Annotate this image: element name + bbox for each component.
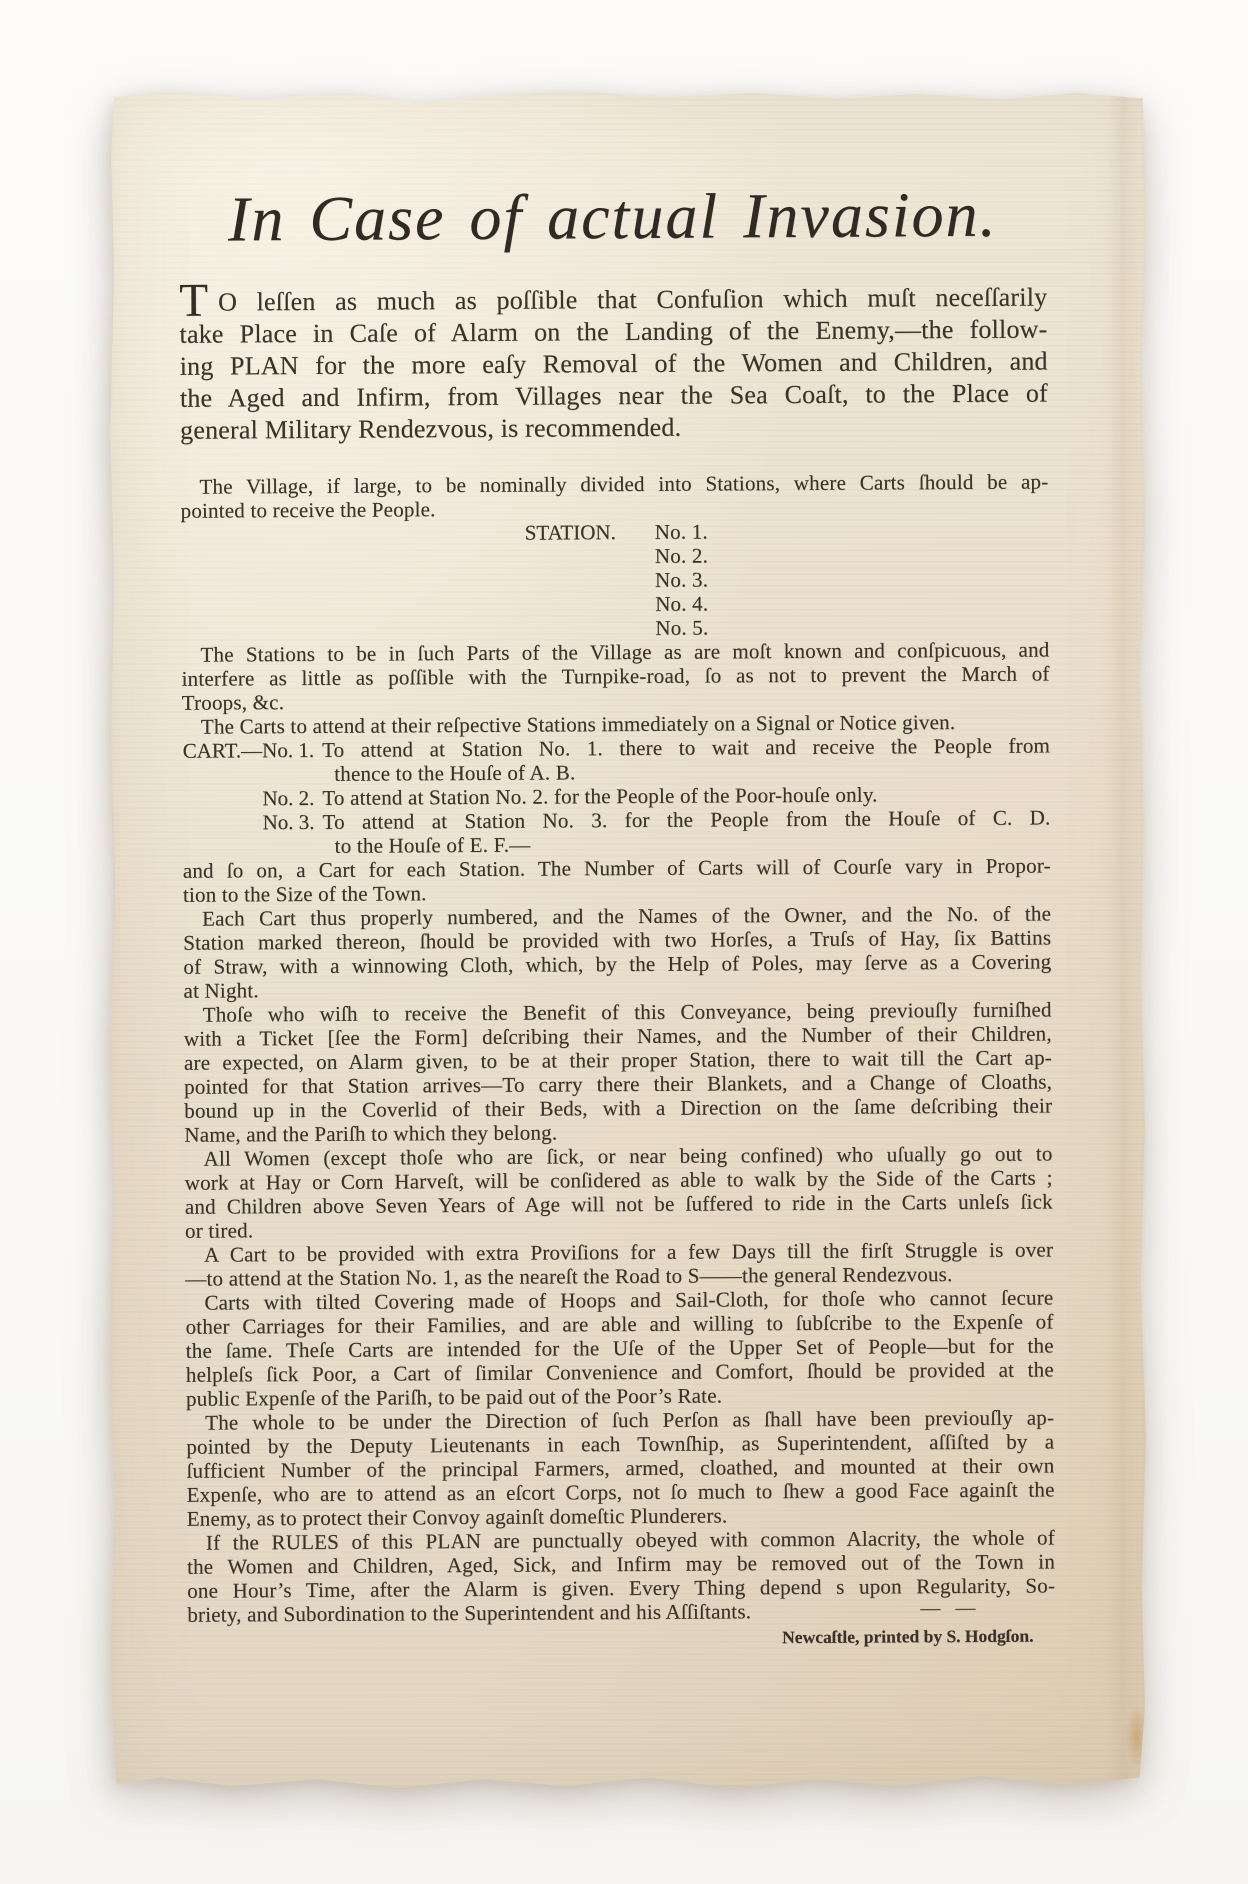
cart-list: CART.—No. 1. To attend at Station No. 1.… xyxy=(182,733,1051,858)
text-line: take Place in Caſe of Alarm on the Landi… xyxy=(179,313,1047,350)
provisions-paragraph: A Cart to be provided with extra Proviſi… xyxy=(185,1237,1053,1290)
text-line: To attend at Station No. 1. there to wai… xyxy=(322,733,1050,761)
text-line: TO leſſen as much as poſſible that Confu… xyxy=(179,281,1047,318)
each-cart-paragraph: Each Cart thus properly numbered, and th… xyxy=(183,901,1052,1002)
station-heading: STATION. xyxy=(525,520,656,641)
intro-paragraph: TO leſſen as much as poſſible that Confu… xyxy=(179,281,1048,446)
stations-paragraph: The Stations to be in ſuch Parts of the … xyxy=(181,637,1049,714)
station-number: No. 4. xyxy=(655,592,708,616)
intro-first-line: O leſſen as much as poſſible that Confuſ… xyxy=(218,282,1047,316)
tilted-carts-paragraph: Carts with tilted Covering made of Hoops… xyxy=(185,1285,1054,1410)
cart-entry: CART.—No. 1. To attend at Station No. 1.… xyxy=(182,733,1050,786)
cart-text: To attend at Station No. 3. for the Peop… xyxy=(322,805,1050,857)
text-line: general Military Rendezvous, is recommen… xyxy=(180,409,1048,446)
paper: In Case of actual Invasion. TO leſſen as… xyxy=(108,88,1148,1793)
station-number: No. 2. xyxy=(655,544,708,568)
conveyance-paragraph: Thoſe who wiſh to receive the Benefit of… xyxy=(184,997,1053,1146)
women-paragraph: All Women (except thoſe who are ſick, or… xyxy=(184,1141,1053,1242)
cart-label: CART.—No. 1. xyxy=(182,738,322,787)
station-list: STATION. No. 1.No. 2.No. 3.No. 4.No. 5. xyxy=(525,517,1050,640)
printed-content: In Case of actual Invasion. TO leſſen as… xyxy=(108,85,1158,1652)
cart-label: No. 3. xyxy=(182,810,322,859)
broadside-sheet: In Case of actual Invasion. TO leſſen as… xyxy=(108,88,1148,1793)
text-line: the Aged and Infirm, from Villages near … xyxy=(180,377,1048,414)
station-number: No. 5. xyxy=(655,616,708,640)
station-number: No. 1. xyxy=(655,520,708,544)
direction-paragraph: The whole to be under the Direction of ſ… xyxy=(186,1405,1055,1530)
station-number: No. 3. xyxy=(655,568,708,592)
printer-imprint: Newcaſtle, printed by S. Hodgſon. xyxy=(187,1624,1055,1651)
text-line: To attend at Station No. 3. for the Peop… xyxy=(322,805,1050,833)
rules-paragraph: — — If the RULES of this PLAN are punctu… xyxy=(187,1525,1056,1626)
village-paragraph: The Village, if large, to be nominally d… xyxy=(180,469,1048,522)
document-title: In Case of actual Invasion. xyxy=(179,177,1047,256)
end-rule-dash: — — xyxy=(920,1597,980,1620)
text-line: ing PLAN for the more eaſy Removal of th… xyxy=(180,345,1048,382)
paper-stain xyxy=(1122,1695,1152,1779)
and-so-on-paragraph: and ſo on, a Cart for each Station. The … xyxy=(183,853,1051,906)
station-numbers: No. 1.No. 2.No. 3.No. 4.No. 5. xyxy=(655,520,709,640)
cart-entry: No. 3. To attend at Station No. 3. for t… xyxy=(182,805,1050,858)
cart-text: To attend at Station No. 1. there to wai… xyxy=(322,733,1050,785)
cart-label: No. 2. xyxy=(182,786,322,811)
